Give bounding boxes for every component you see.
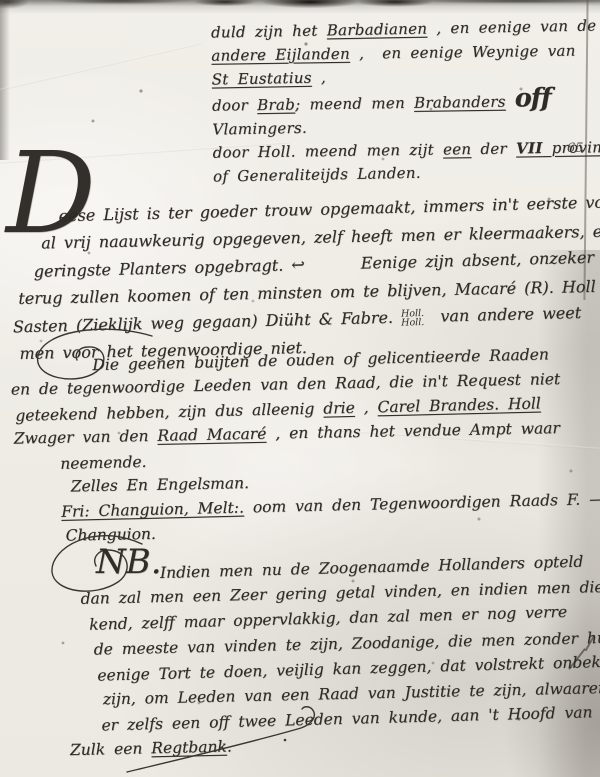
text-segment xyxy=(506,92,515,110)
text-segment: door xyxy=(212,96,257,115)
underlined-word: een xyxy=(443,140,472,158)
text-segment: Vlamingers. xyxy=(212,119,307,139)
underlined-word: St Eustatius xyxy=(212,69,312,89)
top-annotation-block: duld zijn het Barbadianen , en eenige va… xyxy=(211,15,599,188)
underlined-word: andere Eijlanden xyxy=(211,44,350,64)
manuscript-page: duld zijn het Barbadianen , en eenige va… xyxy=(0,0,600,777)
underlined-word: Fri: Changuion, Melt:. xyxy=(61,499,244,521)
pen-flourish xyxy=(115,700,345,776)
underlined-word: Carel Brandes. Holl xyxy=(377,394,541,416)
text-segment: der xyxy=(471,139,516,158)
text-segment: van andere weet xyxy=(424,303,581,326)
text-segment: Holl. Holl. xyxy=(401,308,425,328)
text-segment: , en thans het vendue Ampt waar xyxy=(266,419,560,443)
text-segment: neemende. xyxy=(60,452,147,472)
paper-crease xyxy=(0,42,202,91)
text-segment xyxy=(305,269,361,270)
text-segment: , xyxy=(312,68,326,86)
text-segment: geteekend hebben, zijn dus alleenig xyxy=(15,399,323,424)
text-segment: duld zijn het xyxy=(211,21,327,41)
paper-specks xyxy=(0,0,2,2)
text-segment: Zwager van den xyxy=(14,427,158,448)
text-segment: off xyxy=(515,82,551,112)
text-segment: , xyxy=(355,398,378,417)
underlined-word: VII xyxy=(516,139,543,157)
paragraph-raadsleden: Die geenen buijten de ouden of gelicenti… xyxy=(10,342,600,548)
underlined-word: Brab xyxy=(257,95,295,114)
text-segment: Eenige zijn absent, onzeker of xyxy=(361,247,600,272)
text-segment: ; meend men xyxy=(295,93,414,113)
text-segment: , en eenige van de xyxy=(427,16,596,37)
page-number: 65 xyxy=(567,141,584,156)
underlined-word: drie xyxy=(323,399,355,418)
scan-top-edge-shadow xyxy=(0,0,600,14)
text-segment: oom van den Tegenwoordigen Raads F. — xyxy=(244,491,600,517)
text-segment: of Generaliteijds Landen. xyxy=(213,164,421,186)
text-segment: geringste Planters opgebragt. ↩ xyxy=(34,255,305,281)
text-segment: door Holl. meend men zijt xyxy=(213,140,444,161)
underlined-word: Barbadianen xyxy=(327,20,428,40)
text-segment: Zelles En Engelsman. xyxy=(71,474,250,495)
text-segment: , en eenige Weynige van xyxy=(350,41,576,62)
underlined-word: Raad Macaré xyxy=(157,425,266,445)
underlined-word: Brabanders xyxy=(414,92,506,111)
